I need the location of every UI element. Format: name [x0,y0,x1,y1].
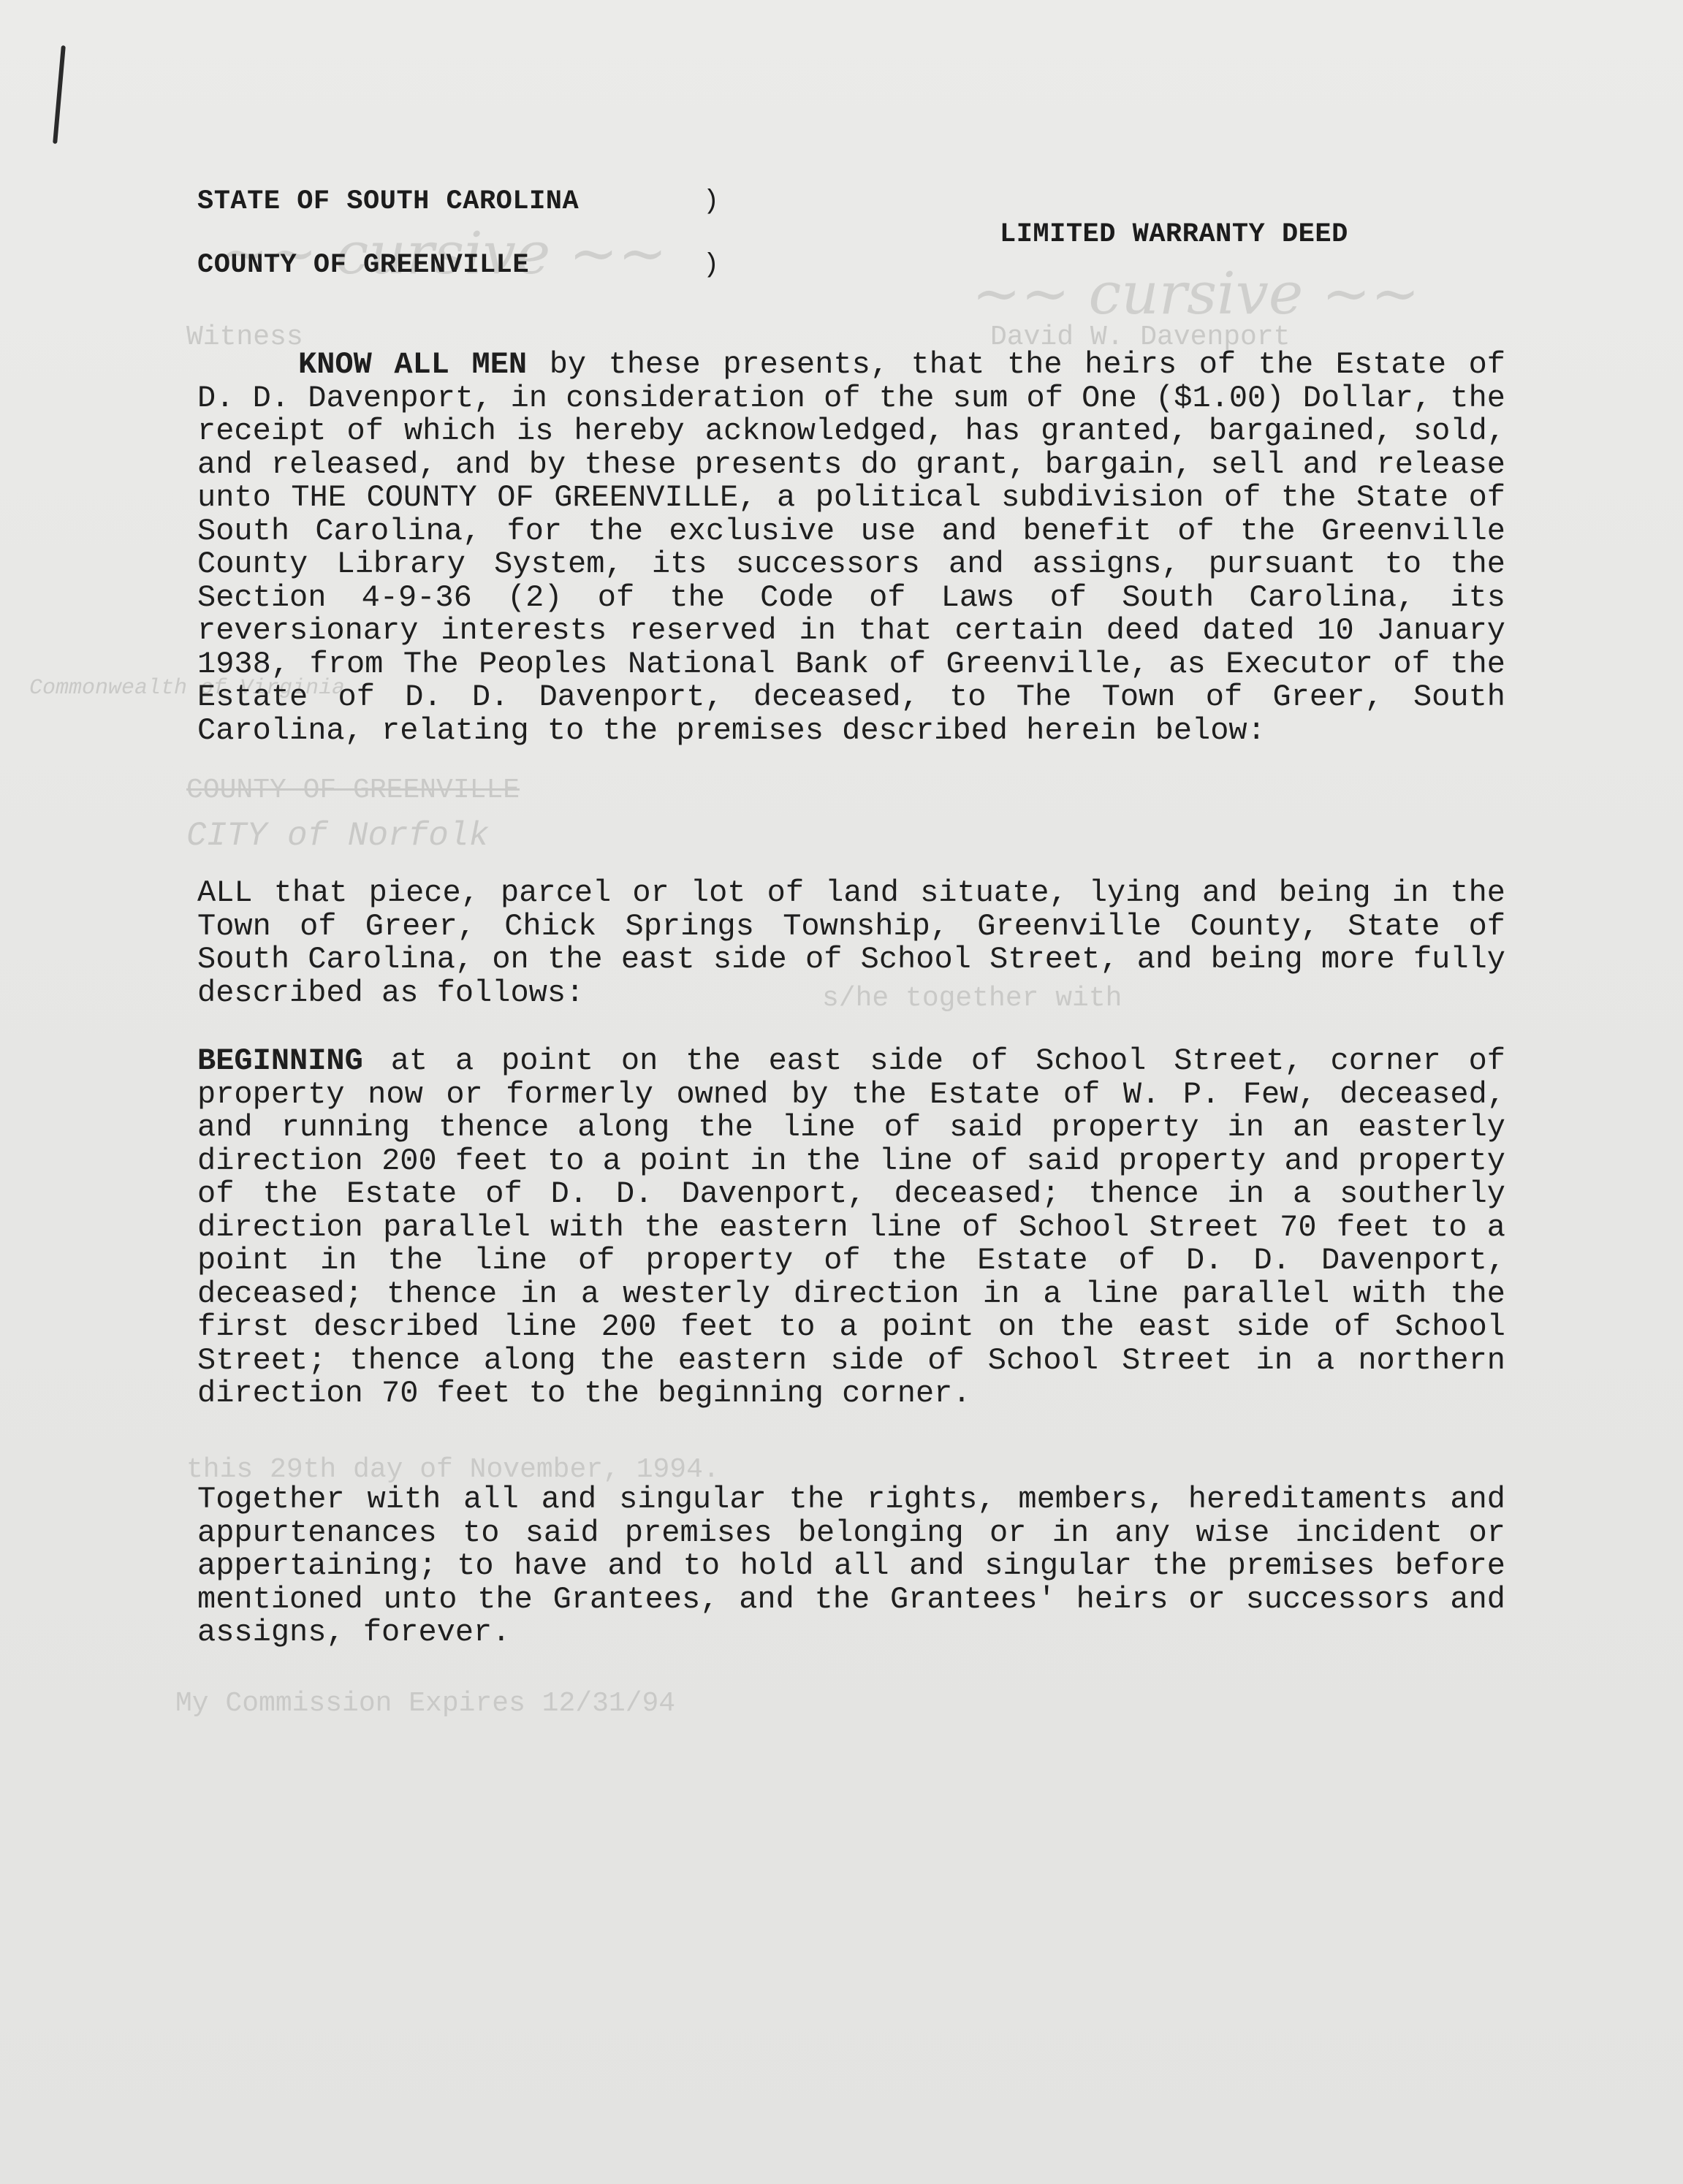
paragraph-conveyance: KNOW ALL MEN by these presents, that the… [197,349,1505,747]
caption-county: COUNTY OF GREENVILLE [197,250,529,281]
lead-know-all-men: KNOW ALL MEN [298,347,527,382]
show-through-commission: My Commission Expires 12/31/94 [175,1688,675,1719]
conveyance-text: by these presents, that the heirs of the… [197,347,1505,748]
show-through-grantor-signature: ~~ cursive ~~ [972,259,1420,327]
show-through-city: CITY of Norfolk [186,817,489,855]
lead-beginning: BEGINNING [197,1043,363,1078]
paragraph-habendum: Together with all and singular the right… [197,1483,1505,1650]
document-title: LIMITED WARRANTY DEED [1000,219,1348,250]
show-through-date-line: this 29th day of November, 1994. [186,1454,720,1485]
caption-state: STATE OF SOUTH CAROLINA [197,186,579,217]
metes-bounds-text: at a point on the east side of School St… [197,1043,1505,1411]
document-page: ~~ cursive ~~ ~~ cursive ~~ David W. Dav… [0,0,1683,2184]
caption-bracket-county: ) [703,250,719,281]
caption-bracket-state: ) [703,186,719,217]
handwritten-page-mark [53,45,66,144]
habendum-text: Together with all and singular the right… [197,1482,1505,1650]
show-through-county: COUNTY OF GREENVILLE [186,775,520,806]
paragraph-property: ALL that piece, parcel or lot of land si… [197,877,1505,1010]
property-text: ALL that piece, parcel or lot of land si… [197,875,1505,1011]
paragraph-beginning: BEGINNING at a point on the east side of… [197,1045,1505,1411]
